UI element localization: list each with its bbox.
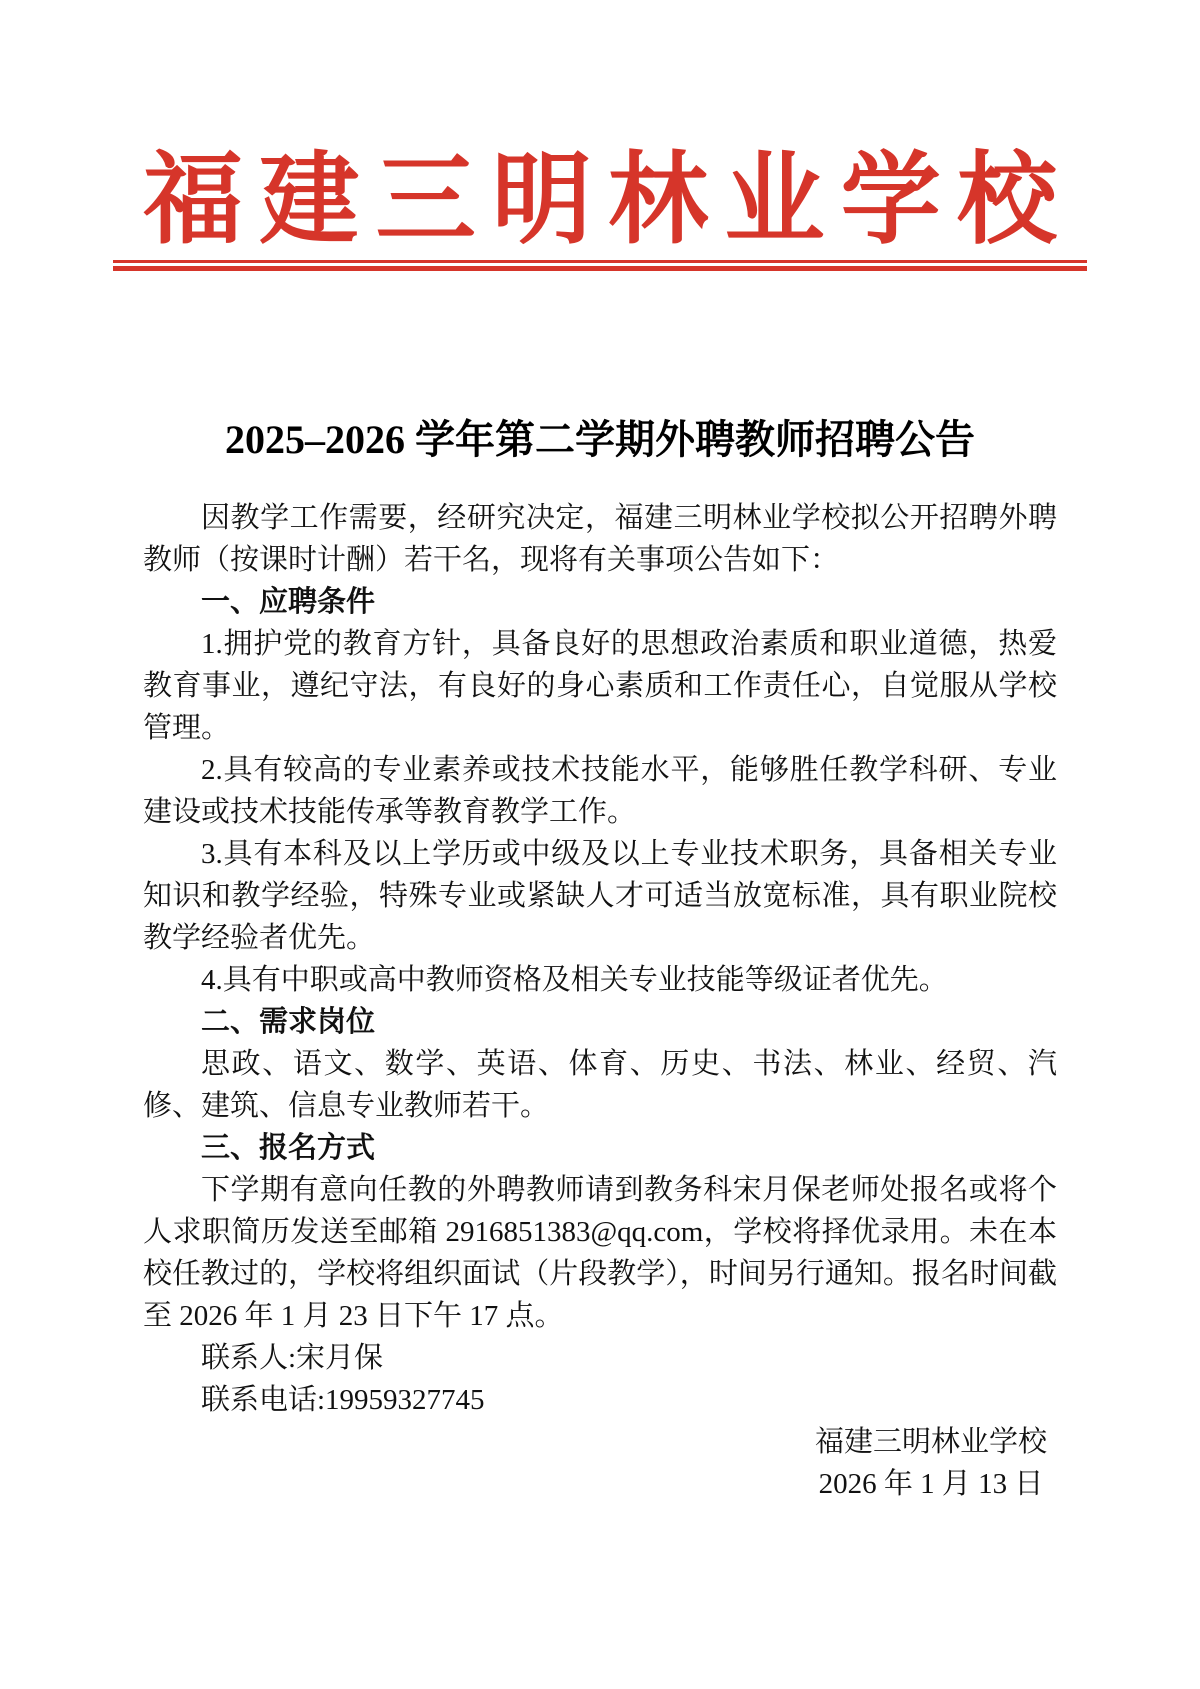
signature-inner: 福建三明林业学校 2026 年 1 月 13 日: [815, 1421, 1047, 1505]
body-paragraph: 因教学工作需要，经研究决定，福建三明林业学校拟公开招聘外聘教师（按课时计酬）若干…: [143, 497, 1057, 581]
signature-block: 福建三明林业学校 2026 年 1 月 13 日: [143, 1421, 1047, 1505]
letterhead-character: 三: [376, 148, 476, 254]
document-body: 因教学工作需要，经研究决定，福建三明林业学校拟公开招聘外聘教师（按课时计酬）若干…: [143, 497, 1057, 1421]
letterhead-rule-thick: [113, 266, 1087, 271]
section-heading: 一、应聘条件: [143, 581, 1057, 623]
section-heading: 三、报名方式: [143, 1127, 1057, 1169]
signature-school: 福建三明林业学校: [815, 1421, 1047, 1463]
body-paragraph: 1.拥护党的教育方针，具备良好的思想政治素质和职业道德，热爱教育事业，遵纪守法，…: [143, 623, 1057, 749]
body-paragraph: 联系人:宋月保: [143, 1337, 1057, 1379]
section-heading: 二、需求岗位: [143, 1001, 1057, 1043]
document-title: 2025–2026 学年第二学期外聘教师招聘公告: [100, 413, 1100, 467]
letterhead-school-name: 福建三明林业学校: [143, 148, 1057, 254]
letterhead: 福建三明林业学校: [0, 148, 1200, 271]
document-page: 福建三明林业学校 2025–2026 学年第二学期外聘教师招聘公告 因教学工作需…: [0, 0, 1200, 1689]
letterhead-character: 学: [841, 148, 941, 254]
body-paragraph: 下学期有意向任教的外聘教师请到教务科宋月保老师处报名或将个人求职简历发送至邮箱 …: [143, 1169, 1057, 1337]
body-paragraph: 思政、语文、数学、英语、体育、历史、书法、林业、经贸、汽修、建筑、信息专业教师若…: [143, 1043, 1057, 1127]
letterhead-character: 校: [957, 148, 1057, 254]
letterhead-character: 业: [724, 148, 824, 254]
letterhead-character: 福: [143, 148, 243, 254]
letterhead-character: 建: [259, 148, 359, 254]
body-paragraph: 2.具有较高的专业素养或技术技能水平，能够胜任教学科研、专业建设或技术技能传承等…: [143, 749, 1057, 833]
body-paragraph: 4.具有中职或高中教师资格及相关专业技能等级证者优先。: [143, 959, 1057, 1001]
body-paragraph: 3.具有本科及以上学历或中级及以上专业技术职务，具备相关专业知识和教学经验，特殊…: [143, 833, 1057, 959]
body-paragraph: 联系电话:19959327745: [143, 1379, 1057, 1421]
letterhead-character: 林: [608, 148, 708, 254]
letterhead-rule: [113, 260, 1087, 271]
letterhead-character: 明: [492, 148, 592, 254]
signature-date: 2026 年 1 月 13 日: [815, 1463, 1047, 1505]
